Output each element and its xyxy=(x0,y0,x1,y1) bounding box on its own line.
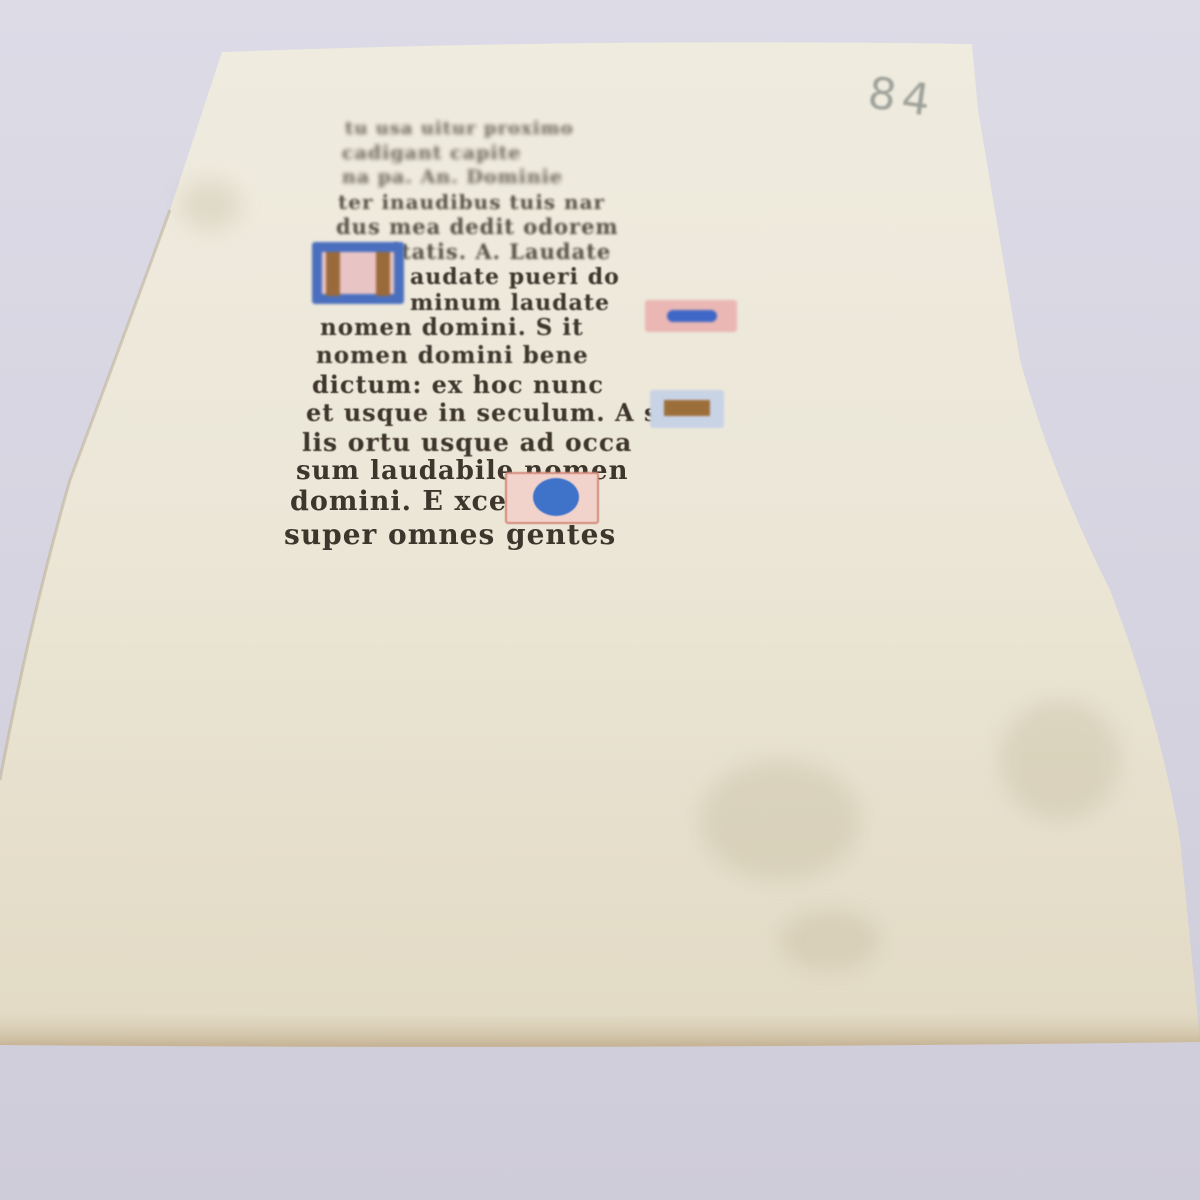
text-line: nomen domini bene xyxy=(316,342,589,369)
text-line: dus mea dedit odorem xyxy=(336,214,619,239)
stain xyxy=(700,760,860,880)
stain xyxy=(180,180,240,230)
text-line: minum laudate xyxy=(410,290,610,316)
text-line: dictum: ex hoc nunc xyxy=(312,370,604,399)
text-line: na pa. An. Dominie xyxy=(342,166,563,188)
text-line: super omnes gentes xyxy=(284,518,616,551)
illuminated-initial-s xyxy=(645,300,737,332)
text-line: cadigant capite xyxy=(342,142,521,164)
photo-scene: 84 tu usa uitur proximo cadigant capite … xyxy=(0,0,1200,1200)
illuminated-initial-l xyxy=(312,242,404,304)
illuminated-initial-e xyxy=(505,472,599,524)
illuminated-initial-a xyxy=(650,390,724,428)
folio-number: 84 xyxy=(865,68,939,128)
text-line: audate pueri do xyxy=(410,264,620,290)
text-line: tu usa uitur proximo xyxy=(345,118,574,139)
stain xyxy=(780,910,880,970)
text-line: nomen domini. S it xyxy=(320,314,584,341)
stain xyxy=(1000,700,1120,820)
text-line: ter inaudibus tuis nar xyxy=(338,190,605,214)
manuscript-text-block: tu usa uitur proximo cadigant capite na … xyxy=(250,112,870,572)
text-line: lis ortu usque ad occa xyxy=(302,428,632,457)
text-line: et usque in seculum. A so xyxy=(306,398,675,427)
